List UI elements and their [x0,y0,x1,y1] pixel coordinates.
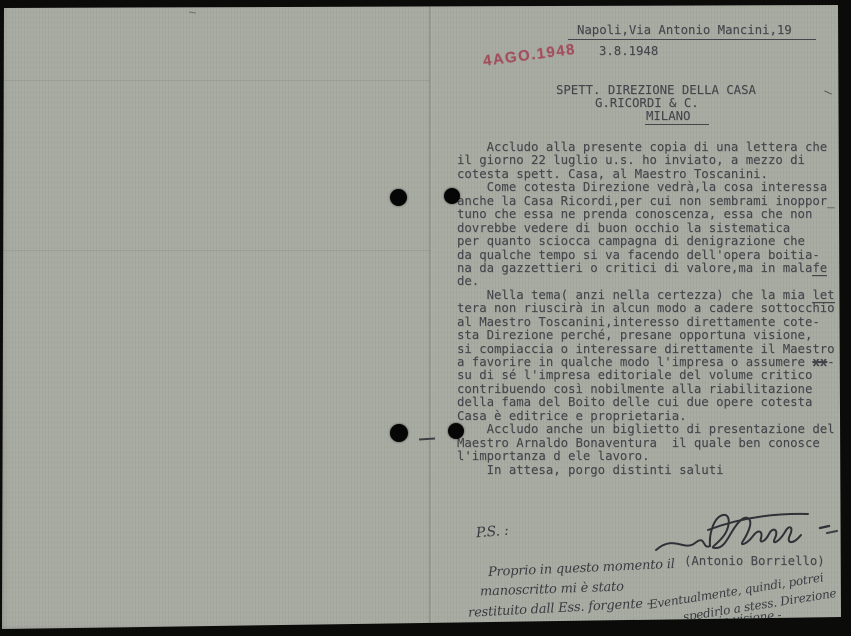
letter-line: a favorire in qualche modo l'impresa o a… [457,356,847,369]
ps-note-line: restituito dall Ess. forgente - [468,596,652,621]
letter-line: Come cotesta Direzione vedrà,la cosa int… [457,181,847,194]
sender-address-line: Napoli,Via Antonio Mancini,19 [568,24,816,40]
letter-line: tera non riuscirà in alcun modo a cadere… [457,302,847,315]
letter-body: Accludo alla presente copia di una lette… [457,141,847,477]
letter-line: l'importanza d ele lavoro. [457,450,847,463]
recipient-line-3: MILANO [645,110,709,125]
signature-typed-name: (Antonio Borriello) [684,555,825,568]
letter-line: Maestro Arnaldo Bonaventura il quale ben… [457,437,847,450]
punch-hole [390,189,407,206]
letter-line: sta Direzione perché, presane opportuna … [457,329,847,342]
letter-line: na da gazzettieri o critici di valore,ma… [457,262,847,275]
horizontal-crease [3,250,430,251]
letter-paper: Napoli,Via Antonio Mancini,19 3.8.1948 4… [0,0,851,636]
letter-line: dovrebbe vedere di buon occhio la sistem… [457,222,847,235]
punch-hole [390,424,408,442]
scanned-letter-page: Napoli,Via Antonio Mancini,19 3.8.1948 4… [0,0,851,636]
ps-label: P.S. : [475,523,509,542]
letter-line: al Maestro Toscanini,interesso direttame… [457,316,847,329]
letter-line: Accludo alla presente copia di una lette… [457,141,847,154]
letter-line: della fama del Boito delle cui due opere… [457,396,847,409]
punch-hole [444,188,460,204]
letter-line: cotesta spett. Casa, al Maestro Toscanin… [457,168,847,181]
pen-dash-mark [189,12,196,14]
letter-line: de. [457,275,847,288]
letter-line: da qualche tempo si va facendo dell'oper… [457,249,847,262]
letter-line: Accludo anche un biglietto di presentazi… [457,423,847,436]
horizontal-crease [3,80,430,81]
letter-line: si compiaccia o interessare direttamente… [457,343,847,356]
letter-line: su di sé l'impresa editoriale del volume… [457,369,847,382]
letter-date: 3.8.1948 [599,45,658,58]
vertical-fold-crease [428,0,433,636]
letter-line: Nella tema( anzi nella certezza) che la … [457,289,847,302]
letter-line: contribuendo così nobilmente alla riabil… [457,383,847,396]
punch-hole [448,423,464,439]
letter-line: In attesa, porgo distinti saluti [457,464,847,477]
letter-line: Casa è editrice e proprietaria. [457,410,847,423]
letter-line: anche la Casa Ricordi,per cui non sembra… [457,195,847,208]
letter-line: il giorno 22 luglio u.s. ho inviato, a m… [457,154,847,167]
ps-note-line: manoscritto mi è stato [480,579,624,599]
letter-line: per quanto sciocca campagna di denigrazi… [457,235,847,248]
letter-line: tuno che essa ne prenda conoscenza, essa… [457,208,847,221]
received-date-stamp: 4AGO.1948 [482,41,577,70]
ps-note-line: Proprio in questo momento il [488,557,675,580]
pen-tick-mark [824,90,832,94]
